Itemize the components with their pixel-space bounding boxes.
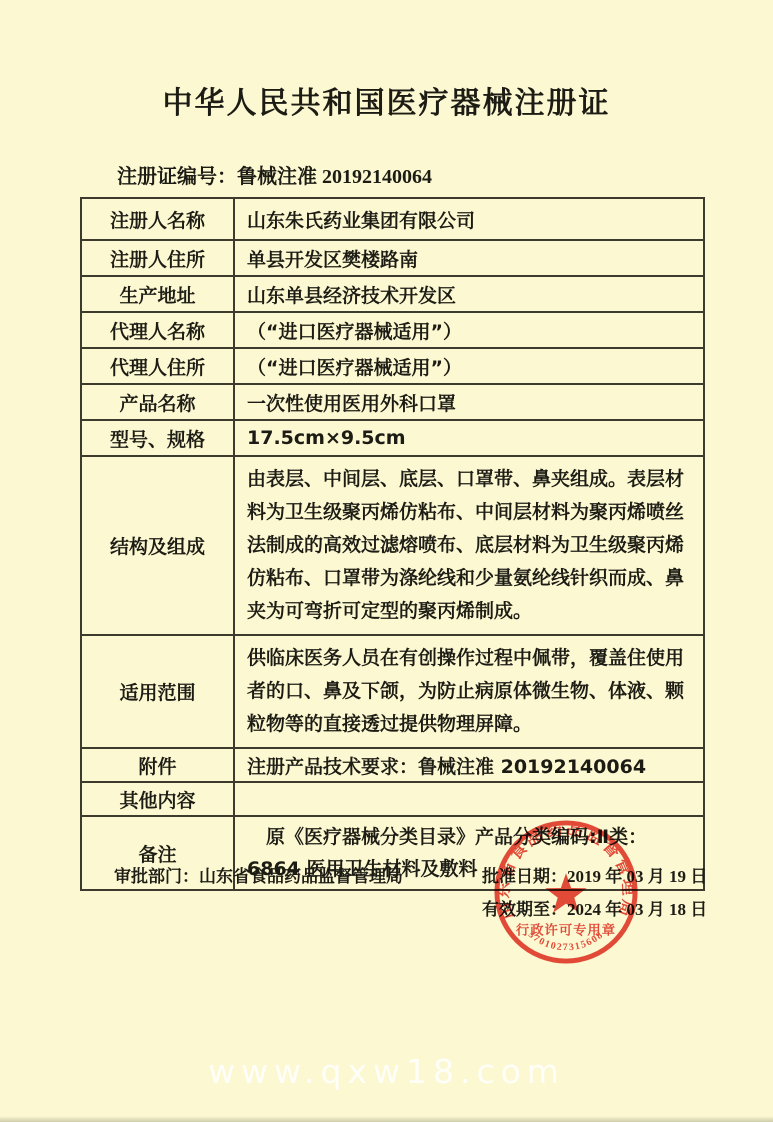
footer-dates: 批准日期：2019 年 03 月 19 日 有效期至：2024 年 03 月 1…: [482, 860, 707, 926]
table-row: 代理人住所 （“进口医疗器械适用”）: [81, 348, 704, 384]
table-row: 适用范围 供临床医务人员在有创操作过程中佩带，覆盖住使用者的口、鼻及下颌，为防止…: [81, 635, 704, 748]
approval-date-value: 2019 年 03 月 19 日: [567, 867, 707, 886]
row-label: 其他内容: [81, 782, 234, 816]
watermark: www.qxw18.com: [208, 1052, 565, 1091]
row-label: 适用范围: [81, 635, 234, 748]
approval-date-label: 批准日期：: [482, 867, 567, 886]
row-value: 由表层、中间层、底层、口罩带、鼻夹组成。表层材料为卫生级聚丙烯仿粘布、中间层材料…: [234, 456, 704, 635]
row-label: 生产地址: [81, 276, 234, 312]
reg-number-value: 鲁械注准 20192140064: [237, 166, 432, 188]
row-value: [234, 782, 704, 816]
row-label: 产品名称: [81, 384, 234, 420]
valid-until-value: 2024 年 03 月 18 日: [567, 900, 707, 919]
certificate-page: 中华人民共和国医疗器械注册证 注册证编号：鲁械注准 20192140064 注册…: [0, 0, 773, 1122]
row-value: 单县开发区樊楼路南: [234, 240, 704, 276]
row-value: 一次性使用医用外科口罩: [234, 384, 704, 420]
row-value: 17.5cm×9.5cm: [234, 420, 704, 456]
row-value: （“进口医疗器械适用”）: [234, 348, 704, 384]
valid-until-label: 有效期至：: [482, 900, 567, 919]
stamp-number: 3701027315608: [526, 929, 606, 953]
row-label: 注册人住所: [81, 240, 234, 276]
reg-number-line: 注册证编号：鲁械注准 20192140064: [117, 160, 432, 189]
page-title: 中华人民共和国医疗器械注册证: [0, 78, 773, 122]
table-row: 结构及组成 由表层、中间层、底层、口罩带、鼻夹组成。表层材料为卫生级聚丙烯仿粘布…: [81, 456, 704, 635]
table-row: 生产地址 山东单县经济技术开发区: [81, 276, 704, 312]
row-label: 附件: [81, 748, 234, 782]
row-label: 型号、规格: [81, 420, 234, 456]
row-label: 结构及组成: [81, 456, 234, 635]
row-value: 供临床医务人员在有创操作过程中佩带，覆盖住使用者的口、鼻及下颌，为防止病原体微生…: [234, 635, 704, 748]
row-label: 代理人住所: [81, 348, 234, 384]
table-row: 注册人住所 单县开发区樊楼路南: [81, 240, 704, 276]
row-value: （“进口医疗器械适用”）: [234, 312, 704, 348]
row-value: 山东朱氏药业集团有限公司: [234, 198, 704, 240]
row-label: 代理人名称: [81, 312, 234, 348]
table-row: 产品名称 一次性使用医用外科口罩: [81, 384, 704, 420]
table-row: 型号、规格 17.5cm×9.5cm: [81, 420, 704, 456]
table-row: 代理人名称 （“进口医疗器械适用”）: [81, 312, 704, 348]
valid-until-line: 有效期至：2024 年 03 月 18 日: [482, 893, 707, 926]
registration-table: 注册人名称 山东朱氏药业集团有限公司 注册人住所 单县开发区樊楼路南 生产地址 …: [80, 197, 705, 891]
table-row: 附件 注册产品技术要求：鲁械注准 20192140064: [81, 748, 704, 782]
row-value: 山东单县经济技术开发区: [234, 276, 704, 312]
approval-department: 审批部门：山东省食品药品监督管理局: [114, 862, 403, 887]
approval-date-line: 批准日期：2019 年 03 月 19 日: [482, 860, 707, 893]
table-row: 注册人名称 山东朱氏药业集团有限公司: [81, 198, 704, 240]
row-label: 注册人名称: [81, 198, 234, 240]
table-row: 其他内容: [81, 782, 704, 816]
row-value: 注册产品技术要求：鲁械注准 20192140064: [234, 748, 704, 782]
reg-number-label: 注册证编号：: [117, 166, 237, 188]
